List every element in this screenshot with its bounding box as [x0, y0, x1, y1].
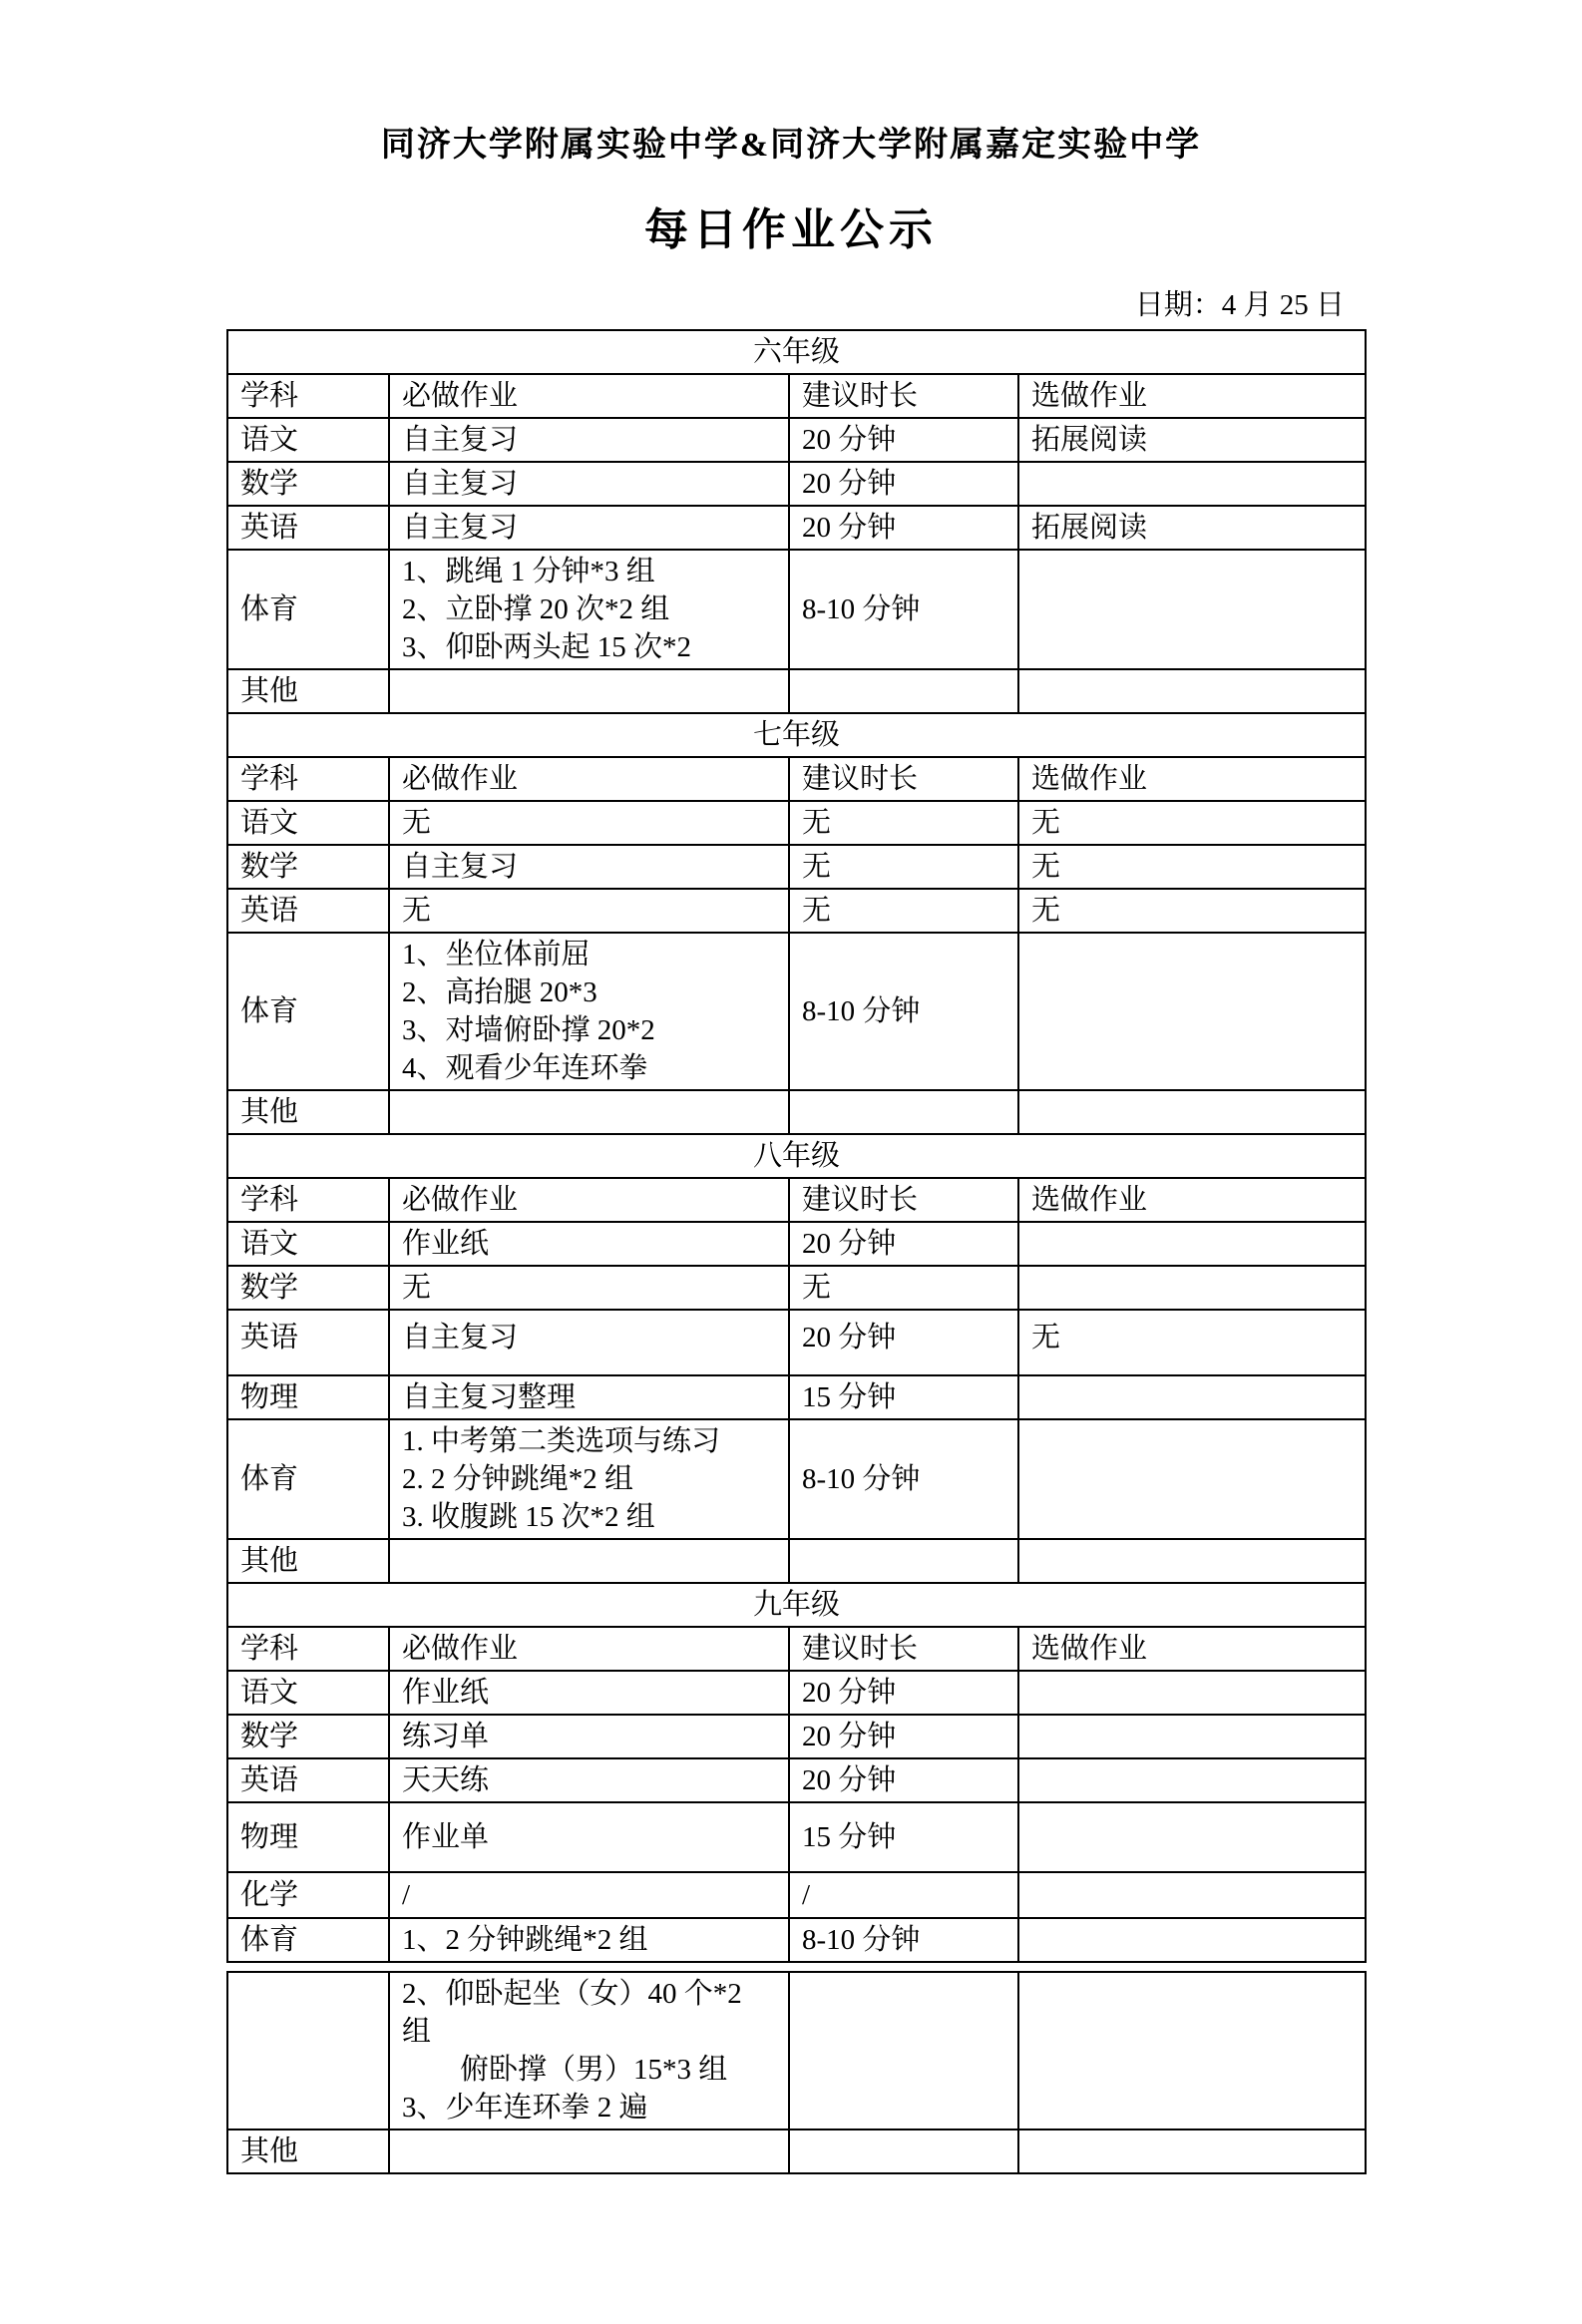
- required-homework-cell: 作业纸: [389, 1671, 789, 1715]
- duration-cell: [789, 1090, 1018, 1134]
- col-header-subject: 学科: [227, 374, 389, 418]
- col-header-optional: 选做作业: [1018, 1627, 1366, 1671]
- subject-cell: 语文: [227, 1671, 389, 1715]
- subject-cell: 语文: [227, 1222, 389, 1266]
- homework-table-continued: 2、仰卧起坐（女）40 个*2 组 俯卧撑（男）15*3 组 3、少年连环拳 2…: [226, 1971, 1367, 2174]
- table-row: 2、仰卧起坐（女）40 个*2 组 俯卧撑（男）15*3 组 3、少年连环拳 2…: [227, 1972, 1366, 2130]
- subject-cell: 物理: [227, 1802, 389, 1872]
- column-header-row: 学科 必做作业 建议时长 选做作业: [227, 1178, 1366, 1222]
- subject-cell: 其他: [227, 1090, 389, 1134]
- subject-cell: 数学: [227, 1715, 389, 1758]
- subject-cell: 其他: [227, 2130, 389, 2173]
- required-homework-cell: 作业纸: [389, 1222, 789, 1266]
- duration-cell: 无: [789, 889, 1018, 933]
- col-header-optional: 选做作业: [1018, 1178, 1366, 1222]
- required-homework-cell: 2、仰卧起坐（女）40 个*2 组 俯卧撑（男）15*3 组 3、少年连环拳 2…: [389, 1972, 789, 2130]
- grade-section-row: 六年级: [227, 330, 1366, 374]
- optional-homework-cell: [1018, 1802, 1366, 1872]
- required-homework-cell: [389, 669, 789, 713]
- optional-homework-cell: 无: [1018, 845, 1366, 889]
- required-homework-cell: [389, 1539, 789, 1583]
- col-header-required: 必做作业: [389, 757, 789, 801]
- duration-cell: 20 分钟: [789, 1222, 1018, 1266]
- subject-cell: 体育: [227, 550, 389, 669]
- required-homework-cell: 自主复习整理: [389, 1375, 789, 1419]
- optional-homework-cell: [1018, 550, 1366, 669]
- subject-cell: 化学: [227, 1872, 389, 1918]
- subject-cell: 数学: [227, 845, 389, 889]
- subject-cell: 数学: [227, 1266, 389, 1310]
- duration-cell: 20 分钟: [789, 1715, 1018, 1758]
- required-homework-cell: 天天练: [389, 1758, 789, 1802]
- table-row: 语文 作业纸 20 分钟: [227, 1222, 1366, 1266]
- required-homework-cell: [389, 1090, 789, 1134]
- optional-homework-cell: [1018, 462, 1366, 506]
- duration-cell: /: [789, 1872, 1018, 1918]
- required-homework-cell: 练习单: [389, 1715, 789, 1758]
- duration-cell: 20 分钟: [789, 1671, 1018, 1715]
- grade-header-9: 九年级: [227, 1583, 1366, 1627]
- duration-cell: 15 分钟: [789, 1802, 1018, 1872]
- optional-homework-cell: [1018, 1375, 1366, 1419]
- duration-cell: [789, 2130, 1018, 2173]
- required-homework-cell: 作业单: [389, 1802, 789, 1872]
- col-header-required: 必做作业: [389, 1627, 789, 1671]
- table-row: 数学 练习单 20 分钟: [227, 1715, 1366, 1758]
- col-header-duration: 建议时长: [789, 1178, 1018, 1222]
- table-row: 英语 自主复习 20 分钟 无: [227, 1310, 1366, 1375]
- col-header-subject: 学科: [227, 1178, 389, 1222]
- table-row: 语文 无 无 无: [227, 801, 1366, 845]
- table-row: 英语 自主复习 20 分钟 拓展阅读: [227, 506, 1366, 550]
- table-row: 语文 自主复习 20 分钟 拓展阅读: [227, 418, 1366, 462]
- grade-header-7: 七年级: [227, 713, 1366, 757]
- optional-homework-cell: [1018, 1090, 1366, 1134]
- subject-cell: 体育: [227, 933, 389, 1090]
- duration-cell: 无: [789, 845, 1018, 889]
- school-name: 同济大学附属实验中学&同济大学附属嘉定实验中学: [0, 126, 1582, 166]
- subject-cell: 语文: [227, 418, 389, 462]
- doc-title: 每日作业公示: [0, 203, 1582, 257]
- duration-cell: 20 分钟: [789, 418, 1018, 462]
- table-row: 其他: [227, 669, 1366, 713]
- date-label: 日期：4 月 25 日: [226, 289, 1365, 321]
- duration-cell: [789, 1539, 1018, 1583]
- subject-cell: [227, 1972, 389, 2130]
- optional-homework-cell: [1018, 1671, 1366, 1715]
- table-row: 物理 作业单 15 分钟: [227, 1802, 1366, 1872]
- homework-table: 六年级 学科 必做作业 建议时长 选做作业 语文 自主复习 20 分钟 拓展阅读…: [226, 329, 1367, 1963]
- required-homework-cell: 自主复习: [389, 462, 789, 506]
- col-header-optional: 选做作业: [1018, 757, 1366, 801]
- required-homework-cell: 自主复习: [389, 845, 789, 889]
- subject-cell: 英语: [227, 889, 389, 933]
- subject-cell: 其他: [227, 1539, 389, 1583]
- table-row: 语文 作业纸 20 分钟: [227, 1671, 1366, 1715]
- duration-cell: 8-10 分钟: [789, 933, 1018, 1090]
- optional-homework-cell: [1018, 2130, 1366, 2173]
- duration-cell: 8-10 分钟: [789, 1918, 1018, 1962]
- table-row: 体育 1、坐位体前屈 2、高抬腿 20*3 3、对墙俯卧撑 20*2 4、观看少…: [227, 933, 1366, 1090]
- col-header-duration: 建议时长: [789, 757, 1018, 801]
- table-row: 物理 自主复习整理 15 分钟: [227, 1375, 1366, 1419]
- subject-cell: 语文: [227, 801, 389, 845]
- optional-homework-cell: 拓展阅读: [1018, 418, 1366, 462]
- duration-cell: 15 分钟: [789, 1375, 1018, 1419]
- table-row: 英语 无 无 无: [227, 889, 1366, 933]
- duration-cell: [789, 1972, 1018, 2130]
- column-header-row: 学科 必做作业 建议时长 选做作业: [227, 757, 1366, 801]
- required-homework-cell: 1. 中考第二类选项与练习 2. 2 分钟跳绳*2 组 3. 收腹跳 15 次*…: [389, 1419, 789, 1539]
- duration-cell: 无: [789, 1266, 1018, 1310]
- duration-cell: 20 分钟: [789, 506, 1018, 550]
- grade-section-row: 九年级: [227, 1583, 1366, 1627]
- optional-homework-cell: [1018, 1266, 1366, 1310]
- subject-cell: 数学: [227, 462, 389, 506]
- document-page: 同济大学附属实验中学&同济大学附属嘉定实验中学 每日作业公示 日期：4 月 25…: [0, 0, 1582, 2324]
- duration-cell: 20 分钟: [789, 462, 1018, 506]
- table-row: 数学 自主复习 20 分钟: [227, 462, 1366, 506]
- subject-cell: 体育: [227, 1918, 389, 1962]
- grade-header-8: 八年级: [227, 1134, 1366, 1178]
- optional-homework-cell: [1018, 669, 1366, 713]
- optional-homework-cell: 无: [1018, 801, 1366, 845]
- col-header-subject: 学科: [227, 757, 389, 801]
- column-header-row: 学科 必做作业 建议时长 选做作业: [227, 374, 1366, 418]
- table-row: 体育 1. 中考第二类选项与练习 2. 2 分钟跳绳*2 组 3. 收腹跳 15…: [227, 1419, 1366, 1539]
- optional-homework-cell: 无: [1018, 889, 1366, 933]
- column-header-row: 学科 必做作业 建议时长 选做作业: [227, 1627, 1366, 1671]
- required-homework-cell: 无: [389, 889, 789, 933]
- duration-cell: 8-10 分钟: [789, 550, 1018, 669]
- table-row: 化学 / /: [227, 1872, 1366, 1918]
- col-header-duration: 建议时长: [789, 374, 1018, 418]
- required-homework-cell: 1、2 分钟跳绳*2 组: [389, 1918, 789, 1962]
- duration-cell: [789, 669, 1018, 713]
- optional-homework-cell: [1018, 1715, 1366, 1758]
- required-homework-cell: /: [389, 1872, 789, 1918]
- required-homework-cell: 自主复习: [389, 418, 789, 462]
- duration-cell: 8-10 分钟: [789, 1419, 1018, 1539]
- duration-cell: 20 分钟: [789, 1310, 1018, 1375]
- required-homework-cell: 自主复习: [389, 506, 789, 550]
- table-row: 体育 1、2 分钟跳绳*2 组 8-10 分钟: [227, 1918, 1366, 1962]
- optional-homework-cell: [1018, 1918, 1366, 1962]
- col-header-subject: 学科: [227, 1627, 389, 1671]
- required-homework-cell: 1、跳绳 1 分钟*3 组 2、立卧撑 20 次*2 组 3、仰卧两头起 15 …: [389, 550, 789, 669]
- grade-section-row: 七年级: [227, 713, 1366, 757]
- table-row: 数学 无 无: [227, 1266, 1366, 1310]
- optional-homework-cell: [1018, 1872, 1366, 1918]
- optional-homework-cell: 无: [1018, 1310, 1366, 1375]
- optional-homework-cell: [1018, 1972, 1366, 2130]
- col-header-optional: 选做作业: [1018, 374, 1366, 418]
- duration-cell: 20 分钟: [789, 1758, 1018, 1802]
- subject-cell: 英语: [227, 1310, 389, 1375]
- required-homework-cell: 自主复习: [389, 1310, 789, 1375]
- subject-cell: 英语: [227, 1758, 389, 1802]
- required-homework-cell: 无: [389, 801, 789, 845]
- optional-homework-cell: [1018, 1222, 1366, 1266]
- col-header-required: 必做作业: [389, 1178, 789, 1222]
- subject-cell: 英语: [227, 506, 389, 550]
- grade-section-row: 八年级: [227, 1134, 1366, 1178]
- table-row: 体育 1、跳绳 1 分钟*3 组 2、立卧撑 20 次*2 组 3、仰卧两头起 …: [227, 550, 1366, 669]
- table-row: 其他: [227, 1539, 1366, 1583]
- subject-cell: 体育: [227, 1419, 389, 1539]
- col-header-required: 必做作业: [389, 374, 789, 418]
- table-row: 数学 自主复习 无 无: [227, 845, 1366, 889]
- subject-cell: 物理: [227, 1375, 389, 1419]
- table-row: 其他: [227, 1090, 1366, 1134]
- required-homework-cell: [389, 2130, 789, 2173]
- optional-homework-cell: [1018, 933, 1366, 1090]
- duration-cell: 无: [789, 801, 1018, 845]
- col-header-duration: 建议时长: [789, 1627, 1018, 1671]
- optional-homework-cell: 拓展阅读: [1018, 506, 1366, 550]
- grade-header-6: 六年级: [227, 330, 1366, 374]
- optional-homework-cell: [1018, 1539, 1366, 1583]
- table-row: 英语 天天练 20 分钟: [227, 1758, 1366, 1802]
- optional-homework-cell: [1018, 1419, 1366, 1539]
- subject-cell: 其他: [227, 669, 389, 713]
- optional-homework-cell: [1018, 1758, 1366, 1802]
- required-homework-cell: 无: [389, 1266, 789, 1310]
- table-row: 其他: [227, 2130, 1366, 2173]
- required-homework-cell: 1、坐位体前屈 2、高抬腿 20*3 3、对墙俯卧撑 20*2 4、观看少年连环…: [389, 933, 789, 1090]
